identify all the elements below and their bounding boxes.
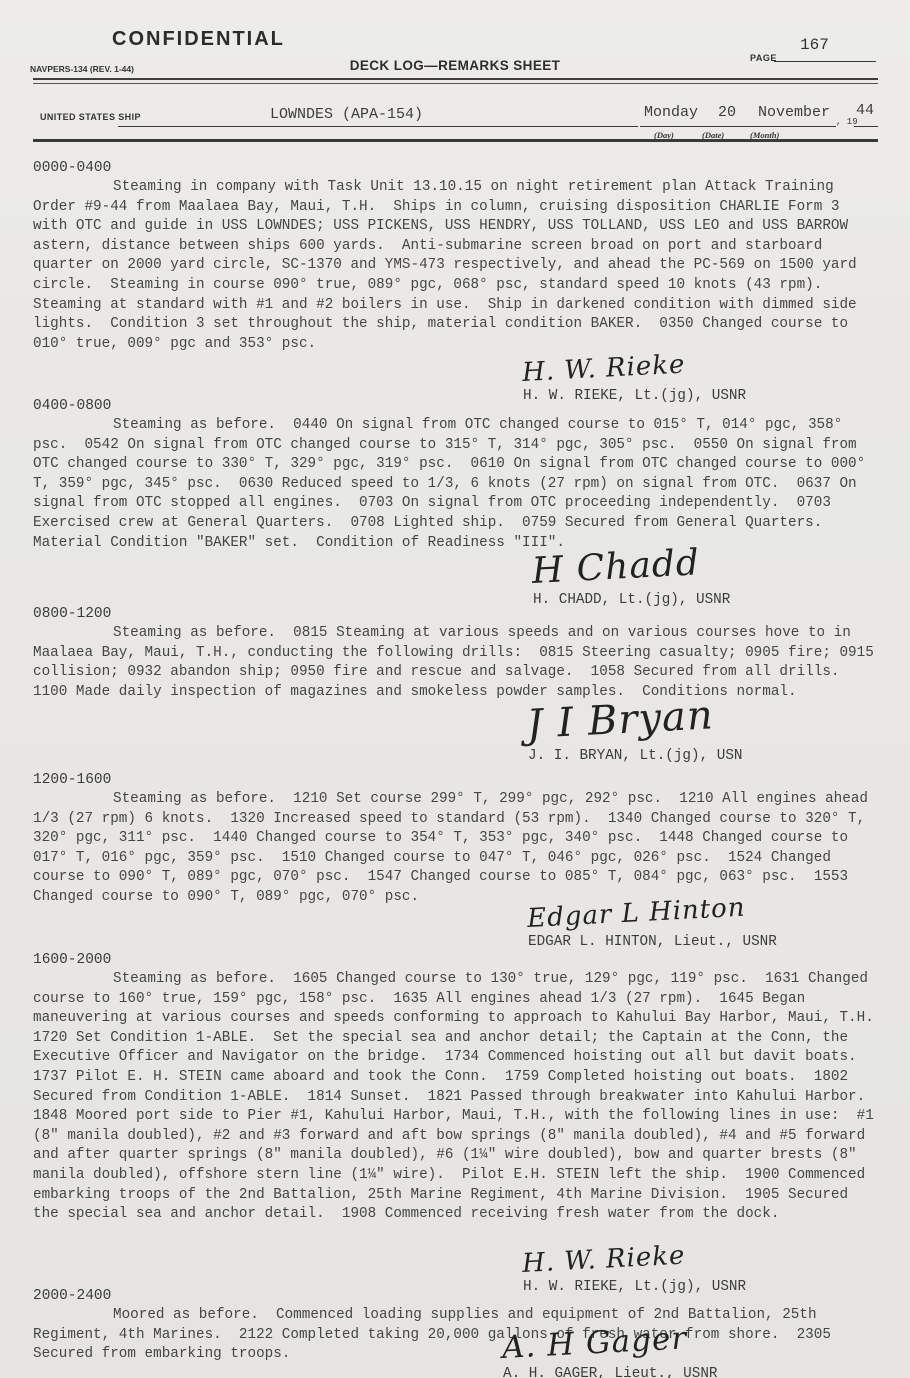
remarks-text: Steaming as before. 0440 On signal from … (33, 416, 878, 553)
classification-stamp: CONFIDENTIAL (112, 28, 285, 51)
month-value: November (758, 104, 830, 121)
watch-period: 1200-1600 (33, 772, 878, 788)
day-value: Monday (644, 104, 698, 121)
signature-block: A. H Gager A. H. GAGER, Lieut., USNR (503, 1330, 718, 1378)
log-entry-0800-1200: 0800-1200 Steaming as before. 0815 Steam… (33, 606, 878, 764)
ship-row-heavy-rule (33, 139, 878, 142)
remarks-text: Moored as before. Commenced loading supp… (33, 1306, 878, 1365)
date-value: 20 (718, 104, 736, 121)
signature-block: Edgar L Hinton EDGAR L. HINTON, Lieut., … (528, 904, 878, 950)
log-entry-0400-0800: 0400-0800 Steaming as before. 0440 On si… (33, 398, 878, 608)
watch-period: 0800-1200 (33, 606, 878, 622)
remarks-text: Steaming as before. 1210 Set course 299°… (33, 790, 878, 908)
remarks-text: Steaming in company with Task Unit 13.10… (33, 178, 878, 354)
remarks-text: Steaming as before. 1605 Changed course … (33, 970, 878, 1225)
watch-period: 1600-2000 (33, 952, 878, 968)
signature-handwritten: H. W. Rieke (521, 1230, 877, 1279)
watch-period: 2000-2400 (33, 1288, 878, 1304)
signature-block: J I Bryan J. I. BRYAN, Lt.(jg), USN (528, 702, 878, 764)
year-value: 44 (856, 102, 874, 119)
signature-block: H Chadd H. CHADD, Lt.(jg), USNR (533, 551, 878, 608)
log-entry-1200-1600: 1200-1600 Steaming as before. 1210 Set c… (33, 772, 878, 950)
signature-typed: EDGAR L. HINTON, Lieut., USNR (528, 934, 878, 950)
watch-period: 0000-0400 (33, 160, 878, 176)
log-entry-2000-2400: 2000-2400 Moored as before. Commenced lo… (33, 1288, 878, 1378)
watch-period: 0400-0800 (33, 398, 878, 414)
header-double-rule (33, 78, 878, 84)
ship-name: LOWNDES (APA-154) (270, 106, 423, 123)
signature-typed: A. H. GAGER, Lieut., USNR (503, 1366, 718, 1378)
date-underline: Monday 20 November (640, 95, 836, 127)
signature-typed: J. I. BRYAN, Lt.(jg), USN (528, 748, 878, 764)
deck-log-remarks-page: CONFIDENTIAL PAGE 167 NAVPERS-134 (REV. … (0, 0, 910, 1378)
year-underline: 44 (854, 95, 878, 127)
document-title: DECK LOG—REMARKS SHEET (0, 58, 910, 73)
ship-name-underline: LOWNDES (APA-154) (118, 95, 638, 127)
page-number: 167 (800, 36, 829, 54)
log-entry-1600-2000: 1600-2000 Steaming as before. 1605 Chang… (33, 952, 878, 1295)
log-entry-0000-0400: 0000-0400 Steaming in company with Task … (33, 160, 878, 404)
